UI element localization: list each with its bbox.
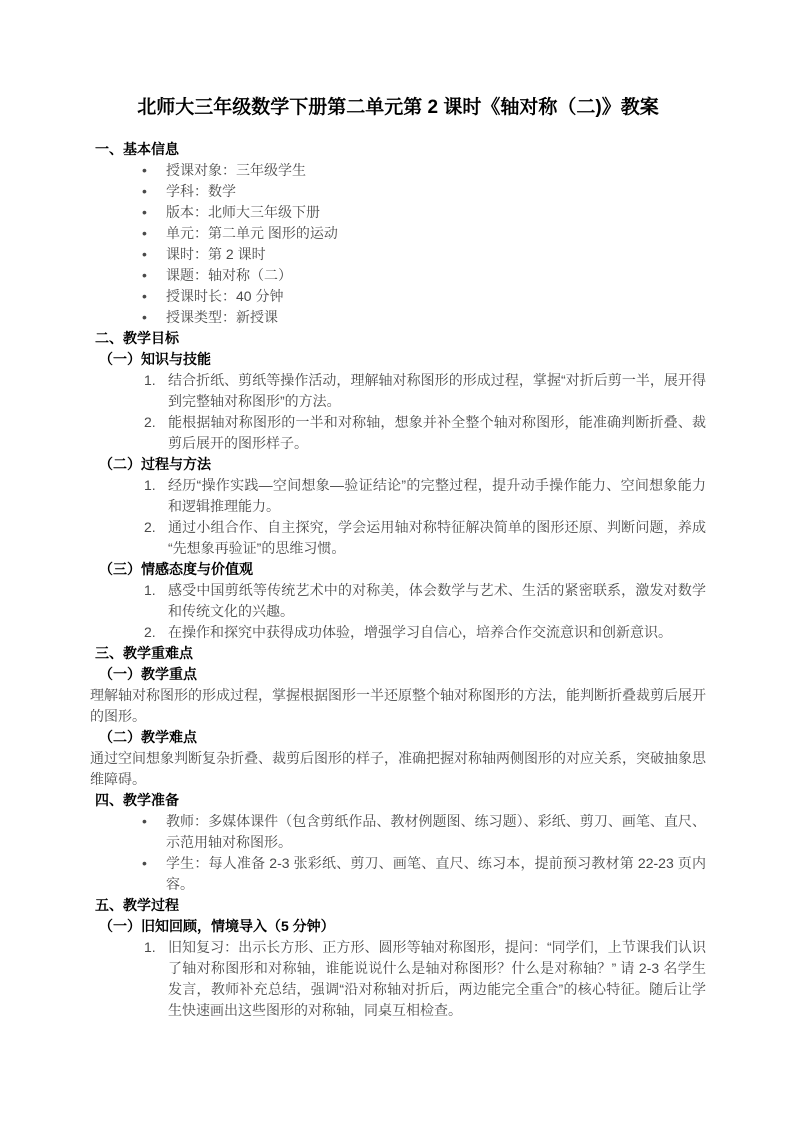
section-heading-teaching-goals: 二、教学目标 (95, 328, 706, 349)
list-item: 能根据轴对称图形的一半和对称轴，想象并补全整个轴对称图形，能准确判断折叠、裁剪后… (168, 412, 706, 454)
emotion-values-list: 感受中国剪纸等传统艺术中的对称美，体会数学与艺术、生活的紧密联系，激发对数学和传… (90, 580, 706, 643)
list-item: 课题：轴对称（二） (166, 265, 706, 286)
list-item: 结合折纸、剪纸等操作活动，理解轴对称图形的形成过程，掌握“对折后剪一半，展开得到… (168, 370, 706, 412)
subsection-heading-teaching-difficulty: （二）教学难点 (99, 727, 706, 748)
list-item: 课时：第 2 课时 (166, 244, 706, 265)
subsection-heading-teaching-key-point: （一）教学重点 (99, 664, 706, 685)
teaching-key-point-text: 理解轴对称图形的形成过程，掌握根据图形一半还原整个轴对称图形的方法，能判断折叠裁… (90, 685, 706, 727)
list-item: 授课时长：40 分钟 (166, 286, 706, 307)
list-item: 单元：第二单元 图形的运动 (166, 223, 706, 244)
section-heading-teaching-process: 五、教学过程 (95, 895, 706, 916)
process-methods-list: 经历“操作实践—空间想象—验证结论”的完整过程，提升动手操作能力、空间想象能力和… (90, 475, 706, 559)
list-item: 授课对象：三年级学生 (166, 160, 706, 181)
review-introduction-list: 旧知复习：出示长方形、正方形、圆形等轴对称图形，提问：“同学们，上节课我们认识了… (90, 937, 706, 1021)
knowledge-skills-list: 结合折纸、剪纸等操作活动，理解轴对称图形的形成过程，掌握“对折后剪一半，展开得到… (90, 370, 706, 454)
subsection-heading-knowledge-skills: （一）知识与技能 (99, 349, 706, 370)
document-page: 北师大三年级数学下册第二单元第 2 课时《轴对称（二)》教案 一、基本信息 授课… (0, 0, 794, 1123)
teaching-preparation-list: 教师：多媒体课件（包含剪纸作品、教材例题图、练习题）、彩纸、剪刀、画笔、直尺、示… (90, 811, 706, 895)
list-item: 通过小组合作、自主探究，学会运用轴对称特征解决简单的图形还原、判断问题，养成“先… (168, 517, 706, 559)
basic-info-list: 授课对象：三年级学生 学科：数学 版本：北师大三年级下册 单元：第二单元 图形的… (90, 160, 706, 328)
subsection-heading-process-methods: （二）过程与方法 (99, 454, 706, 475)
list-item: 经历“操作实践—空间想象—验证结论”的完整过程，提升动手操作能力、空间想象能力和… (168, 475, 706, 517)
teaching-difficulty-text: 通过空间想象判断复杂折叠、裁剪后图形的样子，准确把握对称轴两侧图形的对应关系，突… (90, 748, 706, 790)
list-item: 旧知复习：出示长方形、正方形、圆形等轴对称图形，提问：“同学们，上节课我们认识了… (168, 937, 706, 1021)
list-item: 感受中国剪纸等传统艺术中的对称美，体会数学与艺术、生活的紧密联系，激发对数学和传… (168, 580, 706, 622)
list-item: 学生：每人准备 2-3 张彩纸、剪刀、画笔、直尺、练习本，提前预习教材第 22-… (166, 853, 706, 895)
section-heading-teaching-preparation: 四、教学准备 (95, 790, 706, 811)
doc-title: 北师大三年级数学下册第二单元第 2 课时《轴对称（二)》教案 (90, 94, 706, 122)
subsection-heading-emotion-values: （三）情感态度与价值观 (99, 559, 706, 580)
subsection-heading-review-introduction: （一）旧知回顾，情境导入（5 分钟） (99, 916, 706, 937)
list-item: 版本：北师大三年级下册 (166, 202, 706, 223)
list-item: 授课类型：新授课 (166, 307, 706, 328)
section-heading-basic-info: 一、基本信息 (95, 139, 706, 160)
section-heading-key-difficult-points: 三、教学重难点 (95, 643, 706, 664)
list-item: 在操作和探究中获得成功体验，增强学习自信心，培养合作交流意识和创新意识。 (168, 622, 706, 643)
list-item: 学科：数学 (166, 181, 706, 202)
list-item: 教师：多媒体课件（包含剪纸作品、教材例题图、练习题）、彩纸、剪刀、画笔、直尺、示… (166, 811, 706, 853)
